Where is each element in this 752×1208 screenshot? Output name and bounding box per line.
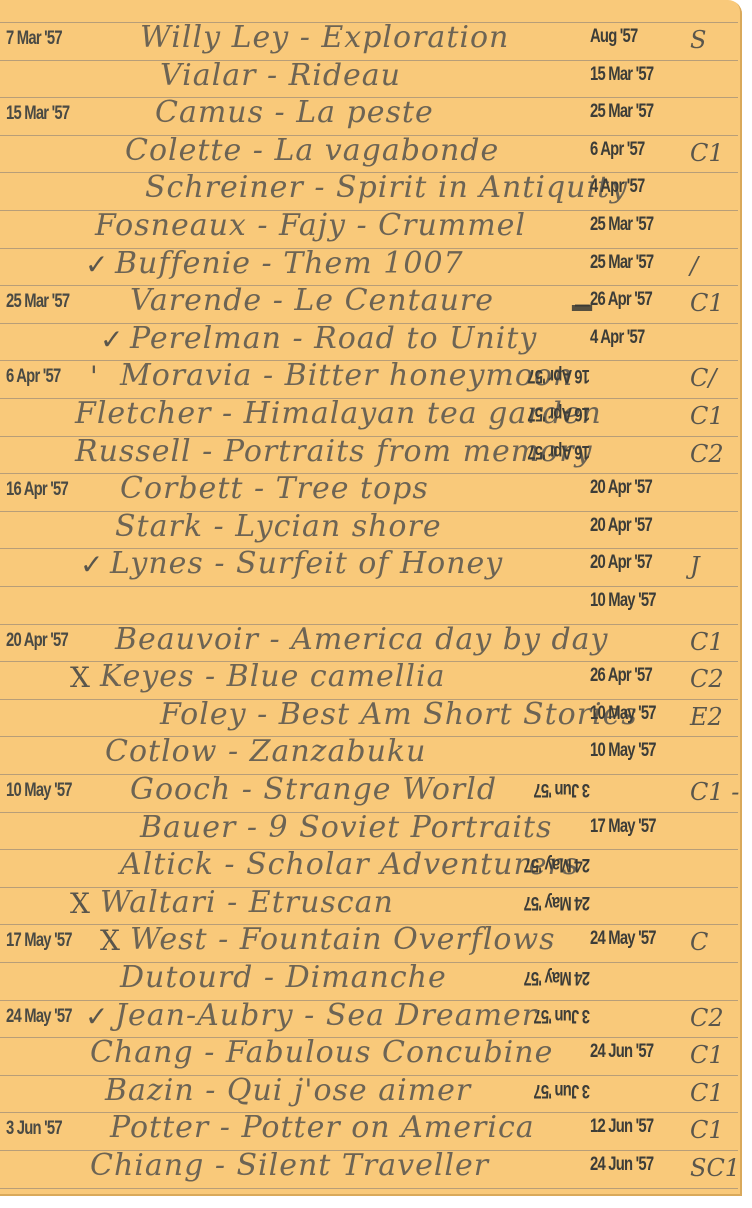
margin-mark: C1 (690, 628, 724, 656)
check-mark: ' (90, 360, 98, 393)
handwritten-entry: Vialar - Rideau (160, 58, 401, 93)
date-stamp-return: 24 Jun '57 (590, 1154, 653, 1176)
date-stamp-return: 17 May '57 (590, 816, 656, 838)
date-stamp-return: 3 Jun '57 (534, 1004, 590, 1026)
check-mark: X (70, 661, 90, 694)
margin-mark: C1 (690, 1041, 724, 1069)
record-row: 20 Apr '57Beauvoir - America day by dayC… (0, 622, 742, 662)
record-row: Schreiner - Spirit in Antiquity4 Apr '57 (0, 170, 742, 210)
date-stamp-out: 10 May '57 (6, 780, 72, 802)
margin-mark: C2 (690, 1004, 724, 1032)
record-row: 3 Jun '57Potter - Potter on America12 Ju… (0, 1110, 742, 1150)
record-row: ✓Buffenie - Them 100725 Mar '57/ (0, 246, 742, 286)
date-stamp-return: 10 May '57 (590, 740, 656, 762)
margin-mark: SC1 (690, 1154, 740, 1182)
record-row: 16 Apr '57Corbett - Tree tops20 Apr '57 (0, 471, 742, 511)
date-stamp-out: 16 Apr '57 (6, 479, 68, 501)
margin-mark: J (690, 552, 700, 580)
record-row: Fletcher - Himalayan tea garden16 Apr '5… (0, 396, 742, 436)
handwritten-entry: Keyes - Blue camellia (100, 659, 445, 694)
record-row: Dutourd - Dimanche24 May '57 (0, 960, 742, 1000)
record-row: 10 May '57 (0, 584, 742, 624)
record-row: ✓Perelman - Road to Unity4 Apr '57 (0, 321, 742, 361)
handwritten-entry: Chang - Fabulous Concubine (90, 1035, 553, 1070)
date-stamp-return: 15 Mar '57 (590, 64, 653, 86)
record-row: Altick - Scholar Adventurers24 May '57 (0, 847, 742, 887)
handwritten-entry: Stark - Lycian shore (115, 509, 442, 544)
check-mark: X (100, 924, 120, 957)
date-stamp-out: 7 Mar '57 (6, 28, 62, 50)
date-stamp-return: 16 Apr '57 (528, 364, 590, 386)
record-row: Cotlow - Zanzabuku10 May '57 (0, 734, 742, 774)
date-stamp-out: 3 Jun '57 (6, 1118, 62, 1140)
date-stamp-return: 12 Jun '57 (590, 1116, 653, 1138)
library-record-card: 7 Mar '57Willy Ley - ExplorationAug '57S… (0, 0, 742, 1196)
date-stamp-return: 25 Mar '57 (590, 214, 653, 236)
margin-mark: S (690, 26, 706, 54)
date-stamp-return: 24 May '57 (524, 853, 590, 875)
record-row: 6 Apr '57'Moravia - Bitter honeymoon16 A… (0, 358, 742, 398)
margin-mark: C1 (690, 139, 724, 167)
date-stamp-return: 26 Apr '57 (590, 665, 652, 687)
margin-mark: C2 (690, 440, 724, 468)
check-mark: ✓ (85, 248, 108, 281)
margin-mark: C1 (690, 1079, 724, 1107)
check-mark: ✓ (80, 548, 103, 581)
record-row: 25 Mar '57Varende - Le Centaure26 Apr '5… (0, 283, 742, 323)
check-mark: ✓ (100, 323, 123, 356)
date-stamp-return: 10 May '57 (590, 703, 656, 725)
handwritten-entry: Buffenie - Them 1007 (115, 246, 464, 281)
margin-mark: C1 (690, 289, 724, 317)
handwritten-entry: West - Fountain Overflows (130, 922, 556, 957)
record-row: XKeyes - Blue camellia26 Apr '57C2 (0, 659, 742, 699)
margin-mark: C2 (690, 665, 724, 693)
handwritten-entry: Colette - La vagabonde (125, 133, 499, 168)
record-row: Foley - Best Am Short Stories10 May '57E… (0, 697, 742, 737)
check-mark: ✓ (85, 1000, 108, 1033)
handwritten-entry: Perelman - Road to Unity (130, 321, 537, 356)
handwritten-entry: Jean-Aubry - Sea Dreamer (115, 998, 537, 1033)
record-row: Russell - Portraits from memory16 Apr '5… (0, 434, 742, 474)
record-row: Chang - Fabulous Concubine24 Jun '57C1 (0, 1035, 742, 1075)
date-stamp-return: 4 Apr '57 (590, 327, 644, 349)
handwritten-entry: Willy Ley - Exploration (140, 20, 509, 55)
date-stamp-return: 10 May '57 (590, 590, 656, 612)
record-row: Stark - Lycian shore20 Apr '57 (0, 509, 742, 549)
margin-mark: C1 (690, 402, 724, 430)
handwritten-entry: Corbett - Tree tops (120, 471, 429, 506)
record-row: Fosneaux - Fajy - Crummel25 Mar '57 (0, 208, 742, 248)
date-stamp-return: 24 May '57 (590, 928, 656, 950)
handwritten-entry: Altick - Scholar Adventurers (120, 847, 579, 882)
handwritten-entry: Potter - Potter on America (110, 1110, 535, 1145)
date-stamp-return: 24 May '57 (524, 891, 590, 913)
handwritten-entry: Russell - Portraits from memory (75, 434, 593, 469)
date-stamp-return: — (575, 295, 589, 317)
record-row: 24 May '57✓Jean-Aubry - Sea Dreamer3 Jun… (0, 998, 742, 1038)
record-row: 10 May '57Gooch - Strange World3 Jun '57… (0, 772, 742, 812)
date-stamp-out: 6 Apr '57 (6, 366, 60, 388)
date-stamp-return: Aug '57 (590, 26, 637, 48)
handwritten-entry: Camus - La peste (155, 95, 434, 130)
record-row: XWaltari - Etruscan24 May '57 (0, 885, 742, 925)
handwritten-entry: Fosneaux - Fajy - Crummel (95, 208, 526, 243)
handwritten-entry: Waltari - Etruscan (100, 885, 394, 920)
margin-mark: E2 (690, 703, 723, 731)
record-row: 7 Mar '57Willy Ley - ExplorationAug '57S (0, 20, 742, 60)
date-stamp-out: 15 Mar '57 (6, 103, 69, 125)
date-stamp-out: 25 Mar '57 (6, 291, 69, 313)
date-stamp-out: 24 May '57 (6, 1006, 72, 1028)
date-stamp-return: 16 Apr '57 (528, 440, 590, 462)
date-stamp-return: 16 Apr '57 (528, 402, 590, 424)
record-row: ✓Lynes - Surfeit of Honey20 Apr '57J (0, 546, 742, 586)
handwritten-entry: Bauer - 9 Soviet Portraits (140, 810, 552, 845)
handwritten-entry: Moravia - Bitter honeymoon (120, 358, 573, 393)
margin-mark: C1 - (690, 778, 739, 806)
date-stamp-return: 20 Apr '57 (590, 477, 652, 499)
date-stamp-return: 25 Mar '57 (590, 101, 653, 123)
handwritten-entry: Dutourd - Dimanche (120, 960, 447, 995)
record-row: Bauer - 9 Soviet Portraits17 May '57 (0, 810, 742, 850)
handwritten-entry: Gooch - Strange World (130, 772, 497, 807)
record-row: Vialar - Rideau15 Mar '57 (0, 58, 742, 98)
date-stamp-return: 6 Apr '57 (590, 139, 644, 161)
handwritten-entry: Foley - Best Am Short Stories (160, 697, 638, 732)
handwritten-entry: Bazin - Qui j'ose aimer (105, 1073, 471, 1108)
record-row: 17 May '57XWest - Fountain Overflows24 M… (0, 922, 742, 962)
date-stamp-out: 17 May '57 (6, 930, 72, 952)
date-stamp-return: 4 Apr '57 (590, 176, 644, 198)
handwritten-entry: Cotlow - Zanzabuku (105, 734, 426, 769)
margin-mark: / (690, 252, 698, 280)
record-row: Bazin - Qui j'ose aimer3 Jun '57C1 (0, 1073, 742, 1113)
record-row: Colette - La vagabonde6 Apr '57C1 (0, 133, 742, 173)
record-row: Chiang - Silent Traveller24 Jun '57SC1 (0, 1148, 742, 1188)
handwritten-entry: Schreiner - Spirit in Antiquity (145, 170, 628, 205)
handwritten-entry: Beauvoir - America day by day (115, 622, 609, 657)
date-stamp-out: 20 Apr '57 (6, 630, 68, 652)
date-stamp-return: 20 Apr '57 (590, 515, 652, 537)
margin-mark: C (690, 928, 708, 956)
date-stamp-return: 24 May '57 (524, 966, 590, 988)
date-stamp-return: 24 Jun '57 (590, 1041, 653, 1063)
date-stamp-return: 3 Jun '57 (534, 1079, 590, 1101)
date-stamp-return: 20 Apr '57 (590, 552, 652, 574)
handwritten-entry: Varende - Le Centaure (130, 283, 494, 318)
handwritten-entry: Fletcher - Himalayan tea garden (75, 396, 602, 431)
date-stamp-return: 25 Mar '57 (590, 252, 653, 274)
handwritten-entry: Chiang - Silent Traveller (90, 1148, 489, 1183)
date-stamp-return: 3 Jun '57 (534, 778, 590, 800)
handwritten-entry: Lynes - Surfeit of Honey (110, 546, 503, 581)
record-row: 15 Mar '57Camus - La peste25 Mar '57 (0, 95, 742, 135)
check-mark: X (70, 887, 90, 920)
date-stamp-return: 26 Apr '57 (590, 289, 652, 311)
margin-mark: C/ (690, 364, 716, 392)
margin-mark: C1 (690, 1116, 724, 1144)
